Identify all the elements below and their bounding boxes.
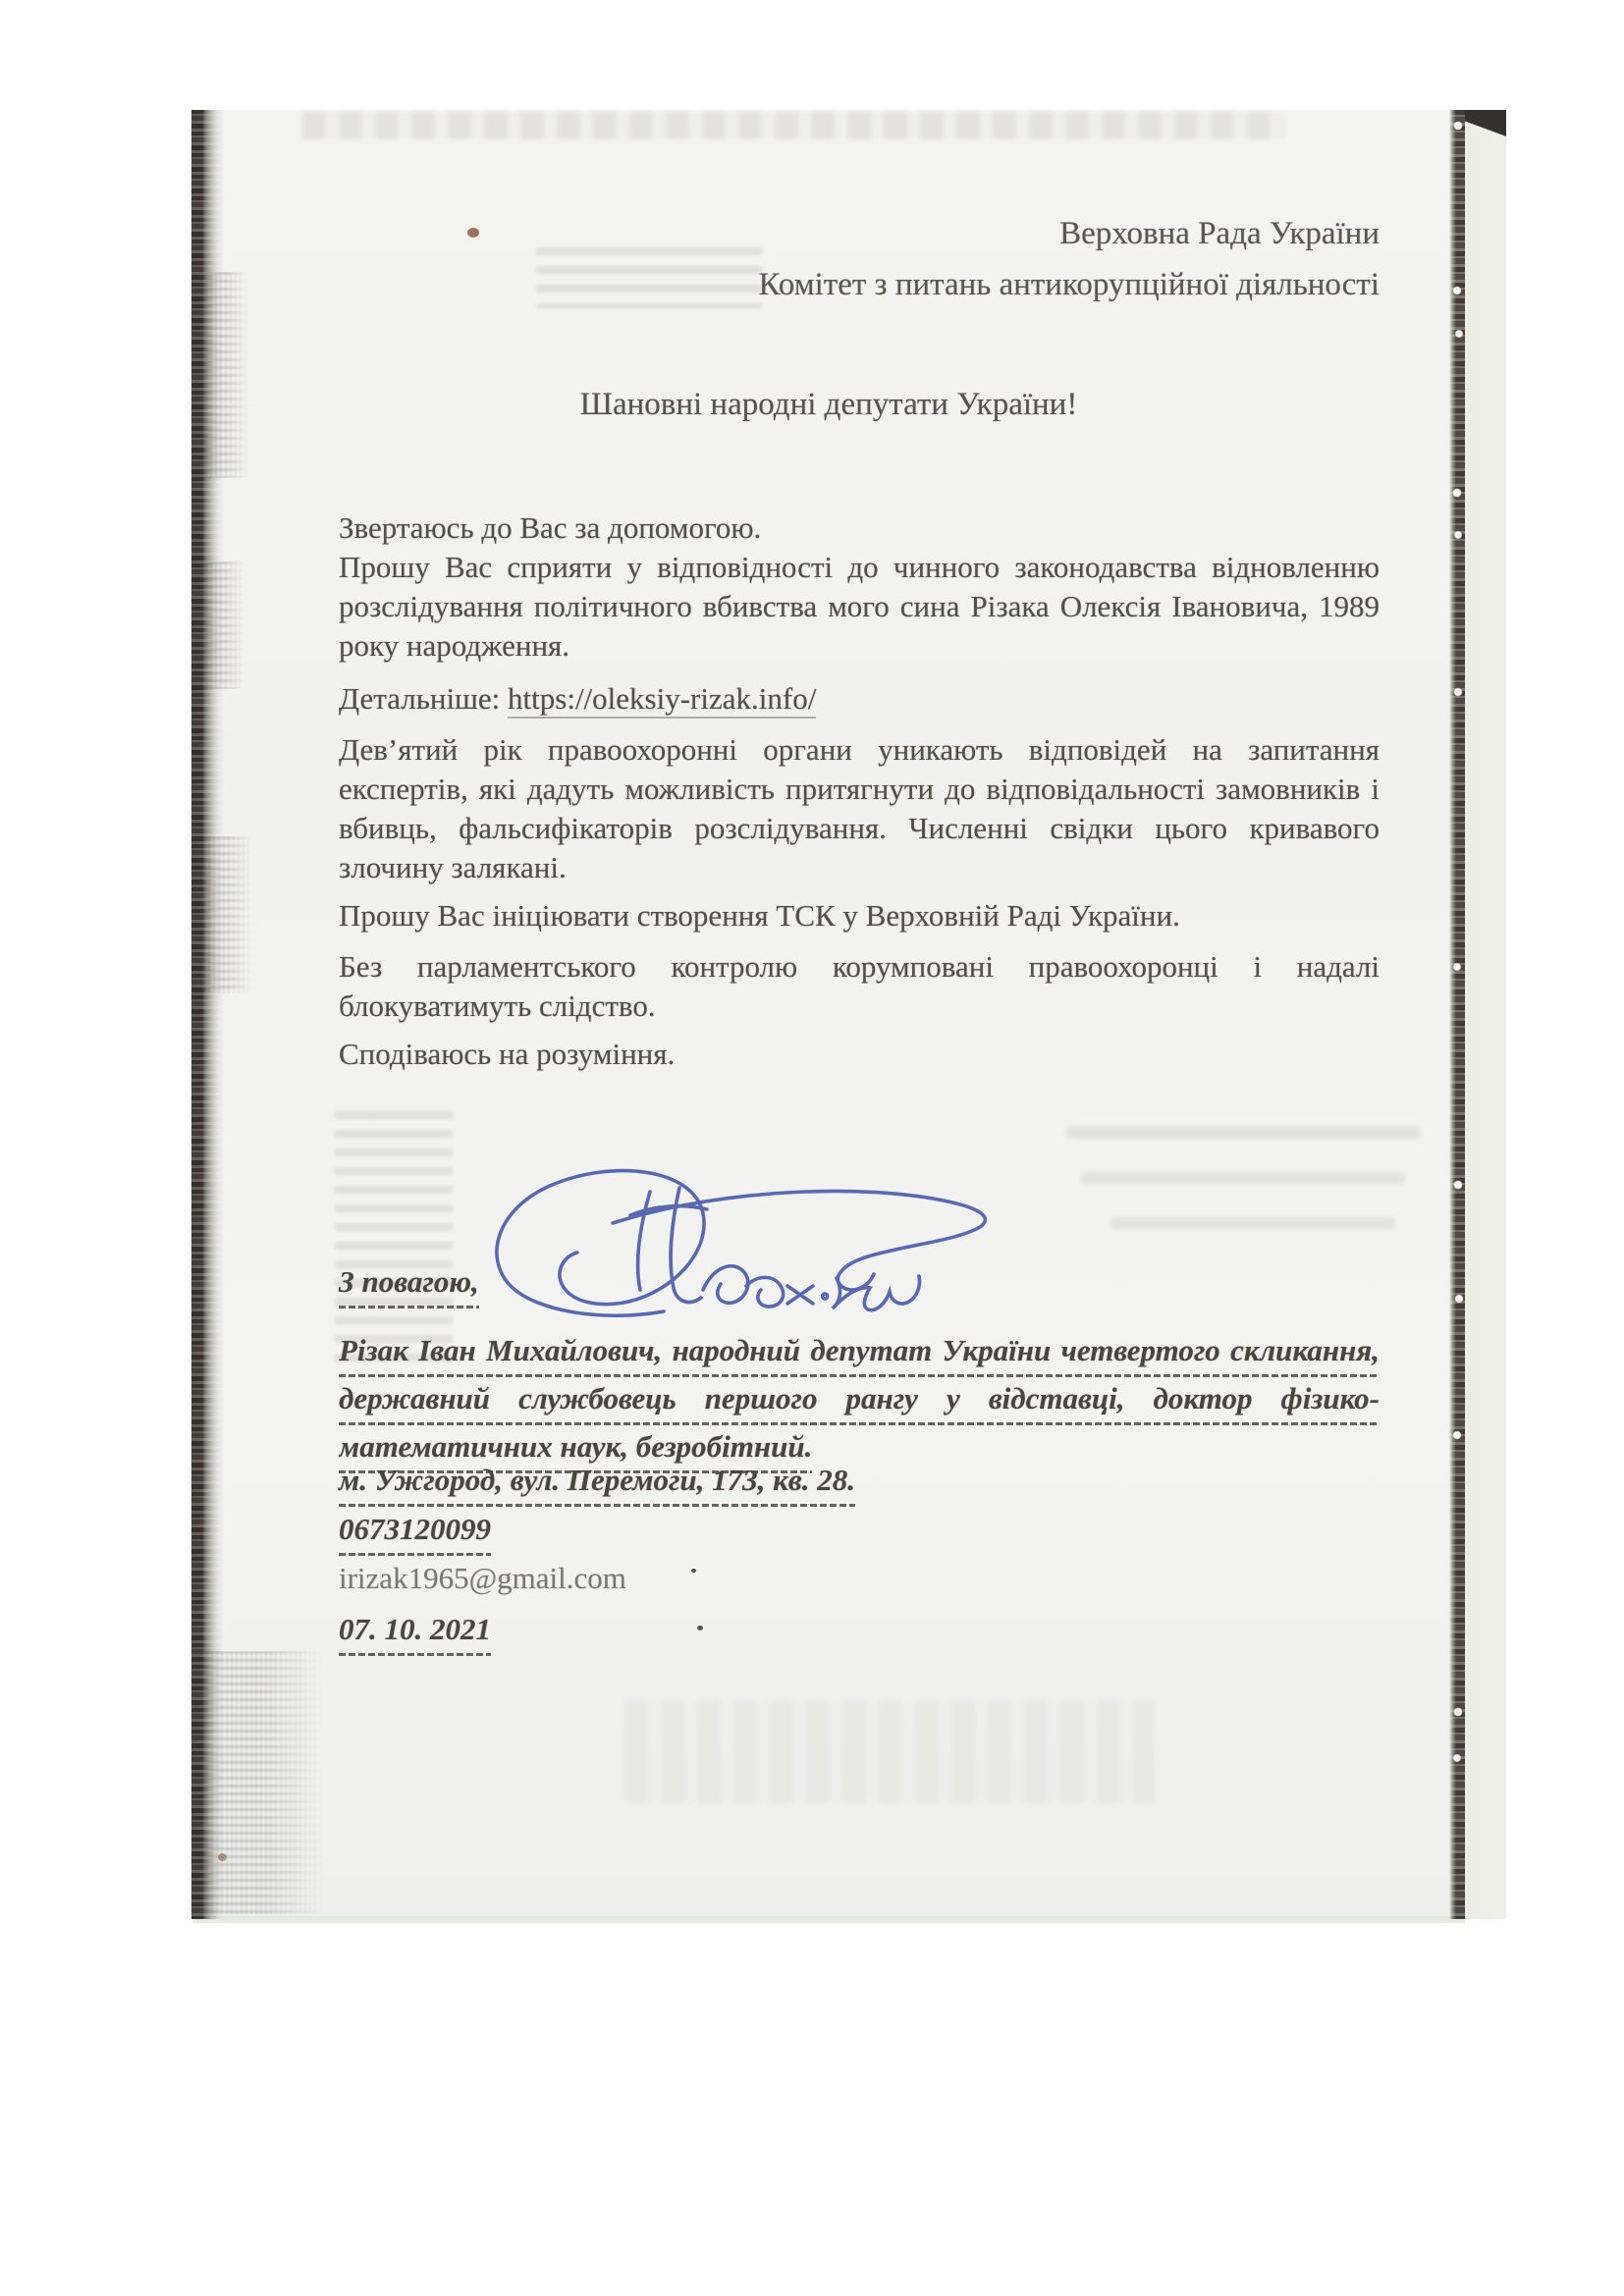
sig-name-line1: Різак Іван Михайлович, народний депутат … [339, 1330, 1380, 1378]
body-p7: Сподіваюсь на розуміння. [339, 1035, 1380, 1074]
body-p2-line3: року народження. [339, 626, 1380, 666]
scan-bottom-edge-artifact [192, 1916, 1465, 1923]
letter-addressee-block: Верховна Рада України Комітет з питань а… [759, 208, 1380, 310]
sig-phone-text: 0673120099 [339, 1509, 491, 1557]
bleedthrough-ghost-left-mid [335, 1111, 453, 1366]
sig-address: м. Ужгород, вул. Перемоги, 173, кв. 28. [339, 1460, 1380, 1508]
sig-date: 07. 10. 2021 [339, 1609, 1380, 1657]
scan-left-edge-artifact [191, 110, 225, 1919]
sig-email: irizak1965@gmail.com [339, 1558, 1380, 1599]
ghost-line-3 [1110, 1217, 1395, 1229]
sig-phone: 0673120099 [339, 1509, 1380, 1557]
sig-address-text: м. Ужгород, вул. Перемоги, 173, кв. 28. [339, 1460, 855, 1508]
bleedthrough-smudge-top [302, 112, 1284, 139]
body-p4-line4: злочину залякані. [339, 848, 1380, 887]
scanned-letter-page: Верховна Рада України Комітет з питань а… [192, 110, 1465, 1919]
sig-name-line2: державний службовець першого рангу у від… [339, 1378, 1380, 1426]
ghost-line-2 [1081, 1172, 1405, 1184]
details-url-link: https://oleksiy-rizak.info/ [508, 681, 816, 719]
underlying-page-dark-corner [1465, 110, 1506, 136]
body-p6-line1: Без парламентського контролю корумповані… [339, 947, 1380, 987]
body-p2-line2: розслідування політичного вбивства мого … [339, 587, 1380, 626]
bleedthrough-smudge-under-header [536, 247, 762, 308]
bleedthrough-ghost-bottom [624, 1700, 1155, 1803]
body-p4-line3: вбивць, фальсифікаторів розслідування. Ч… [339, 809, 1380, 848]
body-details-line: Детальніше: https://oleksiy-rizak.info/ [339, 679, 1380, 719]
letter-body: Звертаюсь до Вас за допомогою. Прошу Вас… [339, 508, 1380, 1074]
scanned-document-view: { "letter": { "header": { "line1": "Верх… [0, 0, 1624, 2296]
details-label: Детальніше: [339, 681, 508, 716]
body-p2-line1: Прошу Вас сприяти у відповідності до чин… [339, 548, 1380, 587]
body-p1: Звертаюсь до Вас за допомогою. [339, 508, 1380, 548]
underlying-page-sliver [1465, 110, 1506, 1919]
addressee-line-1: Верховна Рада України [759, 208, 1380, 259]
paper-stain-speck-1 [467, 228, 479, 238]
addressee-line-2: Комітет з питань антикорупційної діяльно… [759, 259, 1380, 310]
sig-regards: З повагою, [339, 1261, 1380, 1309]
sig-regards-text: З повагою, [339, 1261, 479, 1309]
sig-name-paragraph: Різак Іван Михайлович, народний депутат … [339, 1330, 1380, 1474]
body-p4-line2: експертів, які дадуть можливість притягн… [339, 770, 1380, 809]
ghost-line-1 [1066, 1126, 1420, 1139]
body-p6-line2: блокуватимуть слідство. [339, 987, 1380, 1026]
body-p4-line1: Дев’ятий рік правоохоронні органи уникаю… [339, 730, 1380, 770]
sig-email-text: irizak1965@gmail.com [339, 1561, 626, 1595]
sig-date-text: 07. 10. 2021 [339, 1609, 491, 1657]
salutation: Шановні народні депутати України! [192, 387, 1465, 423]
body-p5: Прошу Вас ініціювати створення ТСК у Вер… [339, 896, 1380, 935]
